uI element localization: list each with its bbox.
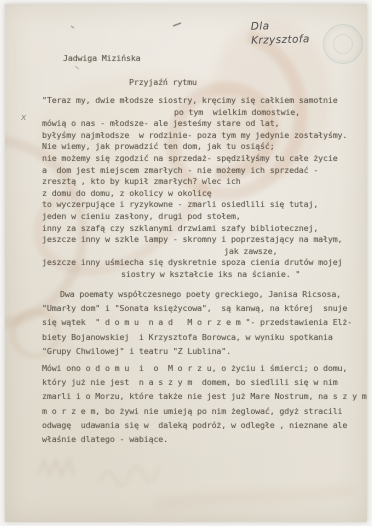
author-name: Jadwiga Mizińska bbox=[63, 53, 141, 63]
paragraph-line: odwagę udawania się w daleką podróż, w o… bbox=[42, 418, 367, 432]
poem-line: mówią o nas - młodsze- ale jesteśmy star… bbox=[42, 118, 347, 130]
document-page: Dla Krzysztofa Jadwiga Mizińska Przyjaźń… bbox=[5, 4, 367, 522]
essay-title: Przyjaźń rytmu bbox=[129, 77, 197, 87]
paragraph-line: "Grupy Chwilowej" i teatru "Z Lublina". bbox=[42, 344, 352, 358]
poem-line: jak zawsze, bbox=[224, 246, 347, 258]
poem-line: inny za szafą czy szklanymi drzwiami sza… bbox=[42, 223, 347, 235]
dedication-line: Krzysztofa bbox=[251, 32, 310, 48]
margin-x-mark: x bbox=[21, 113, 26, 123]
round-stamp bbox=[323, 24, 363, 64]
poem-line: nie możemy się zgodzić na sprzedaż- spęd… bbox=[42, 153, 347, 165]
poem-line: siostry w kształcie iks na ścianie. " bbox=[121, 269, 347, 281]
dedication-line: Dla bbox=[251, 18, 310, 34]
paragraph-block: Dwa poematy współczesnego poety greckieg… bbox=[42, 287, 352, 358]
paragraph-line: Dwa poematy współczesnego poety greckieg… bbox=[42, 287, 352, 301]
poem-line: jeszcze inny w szkle lampy - skromny i p… bbox=[42, 234, 347, 246]
paragraph-line: się wątek " d o m u n a d M o r z e m "-… bbox=[42, 315, 352, 329]
poem-line: Nie wiemy, jak prowadzić ten dom, jak tu… bbox=[42, 141, 347, 153]
poem-line: jeszcze inny uśmiecha się dyskretnie spo… bbox=[42, 257, 347, 269]
poem-line: to wyczerpujące i ryzykowne - zmarli osi… bbox=[42, 199, 347, 211]
poem-line: zresztą , kto by kupił zmarłych? wlec ic… bbox=[42, 176, 347, 188]
paragraph-line: który już nie jest n a s z y m domem, bo… bbox=[42, 375, 367, 389]
poem-line: z domu do domu, z okolicy w okolicę bbox=[42, 188, 347, 200]
paragraph-line: m o r z e m, bo żywi nie umieją po nim ż… bbox=[42, 404, 367, 418]
paragraph-line: zmarli i o Morzu, które także nie jest j… bbox=[42, 389, 367, 403]
poem-line: a dom jest miejscem zmarłych - nie możem… bbox=[42, 165, 347, 177]
paragraph-line: "Umarły dom" i "Sonata księżycowa", są k… bbox=[42, 301, 352, 315]
scan-background: Dla Krzysztofa Jadwiga Mizińska Przyjaźń… bbox=[0, 0, 372, 526]
poem-line: jeden w cieniu zasłony, drugi pod stołem… bbox=[42, 211, 347, 223]
paragraph-block: Mówi ono o d o m u i o M o r z u, o życi… bbox=[42, 361, 367, 446]
handwritten-dedication: Dla Krzysztofa bbox=[251, 18, 310, 48]
poem-line: byłyśmy najmłodsze w rodzinie- poza tym … bbox=[42, 130, 347, 142]
poem-quote-block: "Teraz my, dwie młodsze siostry, kręcimy… bbox=[42, 95, 347, 281]
paragraph-line: właśnie dlatego - wabiące. bbox=[42, 432, 367, 446]
paragraph-line: Mówi ono o d o m u i o M o r z u, o życi… bbox=[42, 361, 367, 375]
paragraph-line: biety Bojanowskiej i Krzysztofa Borowca,… bbox=[42, 330, 352, 344]
poem-line: po tym wielkim domostwie, bbox=[174, 107, 347, 119]
poem-line: "Teraz my, dwie młodsze siostry, kręcimy… bbox=[42, 95, 347, 107]
